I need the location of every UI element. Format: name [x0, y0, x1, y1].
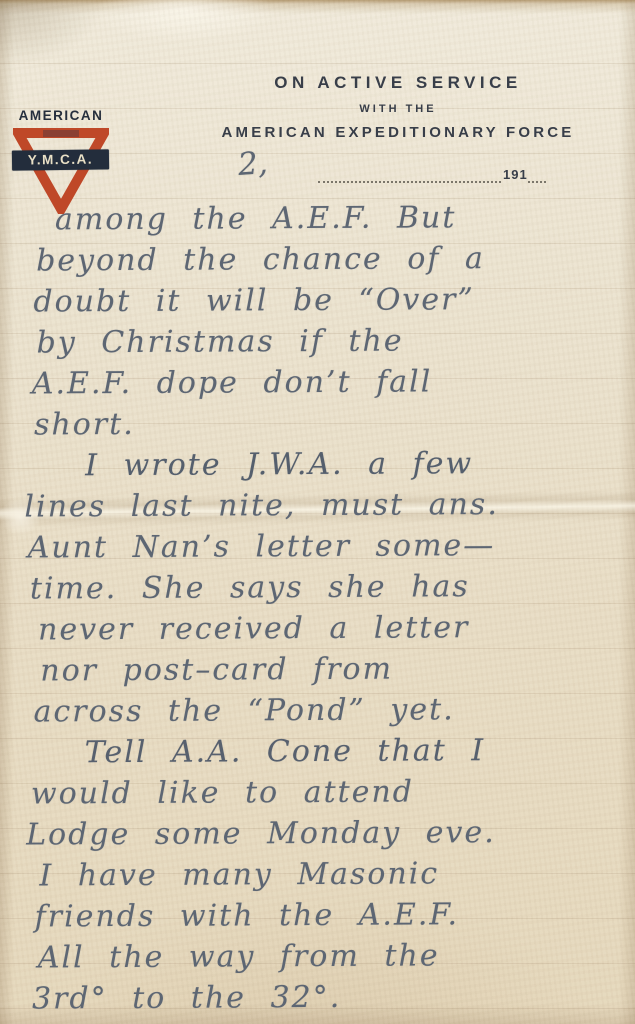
date-blank-line	[318, 181, 501, 183]
handwritten-line: Tell A.A. Cone that I	[1, 730, 635, 774]
handwritten-line: I wrote J.W.A. a few	[0, 443, 634, 487]
handwritten-line: never received a letter	[0, 607, 635, 651]
ymca-banner: Y.M.C.A.	[12, 149, 109, 170]
handwritten-line: would like to attend	[1, 771, 635, 815]
ymca-logo: AMERICAN Y.M.C.A.	[13, 108, 109, 208]
handwritten-line: across the “Pond” yet.	[0, 689, 635, 733]
letterhead-subtitle: WITH THE	[212, 103, 584, 115]
handwritten-line: nor post–card from	[0, 648, 635, 692]
handwritten-line: among the A.E.F. But	[0, 197, 633, 241]
letterhead-force-line: AMERICAN EXPEDITIONARY FORCE	[196, 124, 600, 141]
handwritten-line: All the way from the	[2, 935, 635, 979]
printed-year-prefix: 191	[503, 167, 528, 182]
logo-american-label: AMERICAN	[13, 108, 109, 123]
handwritten-line: Aunt Nan’s letter some—	[0, 525, 635, 569]
handwritten-line: 3rd° to the 32°.	[2, 976, 635, 1020]
handwritten-line: beyond the chance of a	[0, 238, 633, 282]
letter-body: among the A.E.F. But beyond the chance o…	[0, 197, 635, 1020]
handwritten-date-day: 2,	[237, 145, 269, 183]
letter-page: ON ACTIVE SERVICE WITH THE AMERICAN EXPE…	[0, 0, 635, 1024]
handwritten-line: short.	[0, 402, 634, 446]
handwritten-line: doubt it will be “Over”	[0, 279, 633, 323]
handwritten-line: by Christmas if the	[0, 320, 634, 364]
handwritten-line: lines last nite, must ans.	[0, 484, 635, 528]
handwritten-line: time. She says she has	[0, 566, 635, 610]
handwritten-line: A.E.F. dope don’t fall	[0, 361, 634, 405]
year-blank-line	[528, 181, 546, 183]
handwritten-line: I have many Masonic	[1, 853, 635, 897]
handwritten-line: Lodge some Monday eve.	[1, 812, 635, 856]
letterhead-title: ON ACTIVE SERVICE	[212, 73, 584, 93]
handwritten-line: friends with the A.E.F.	[2, 894, 635, 938]
